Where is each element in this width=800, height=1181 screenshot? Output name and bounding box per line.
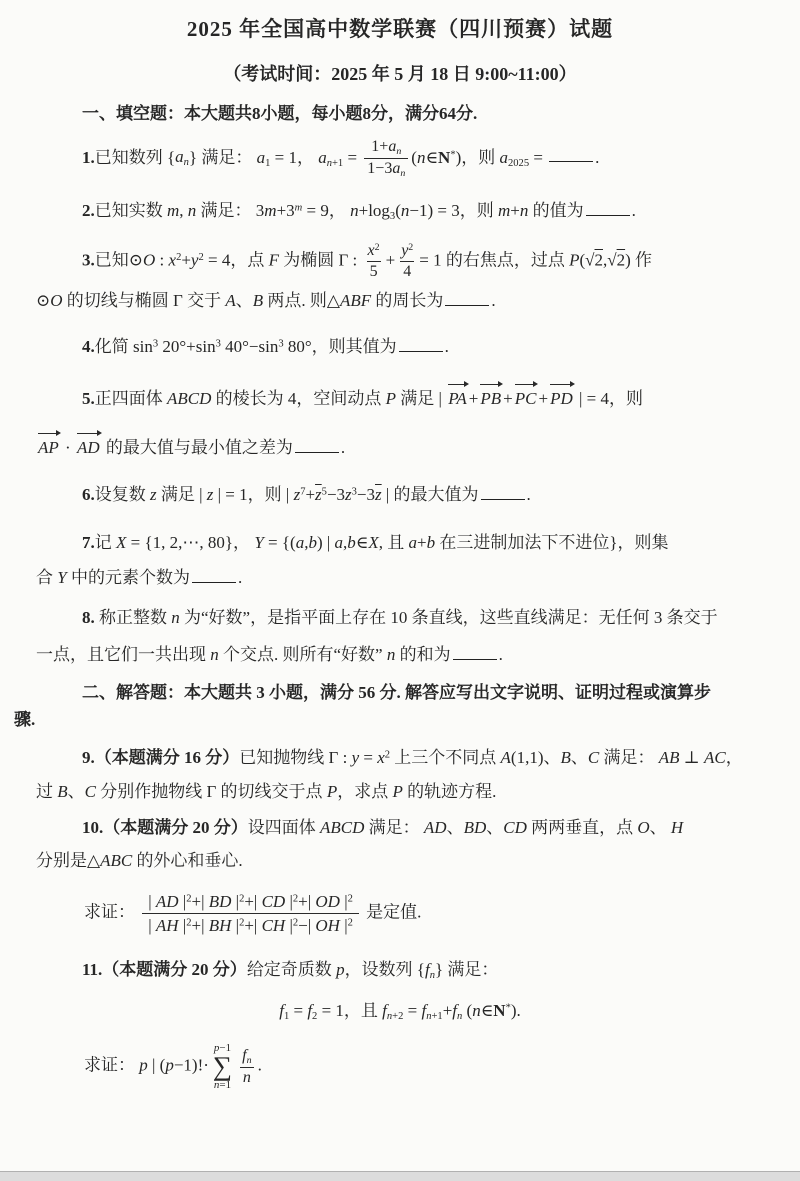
vector-PB: PB <box>480 383 501 412</box>
vector-PC: PC <box>515 383 537 412</box>
answer-blank <box>549 144 593 162</box>
exam-time-subtitle: （考试时间：2025 年 5 月 18 日 9:00~11:00） <box>0 60 800 86</box>
question-3-line-1: 3.已知⊙O : x2+y2 = 4，点 F 为椭圆 Γ : x25+y24= … <box>0 241 800 282</box>
question-2-line-1: 2.已知实数 m, n 满足： 3m+3m = 9， n+log3(n−1) =… <box>0 198 800 225</box>
vector-PA: PA <box>448 383 467 412</box>
question-9-line-1: 9.（本题满分 16 分）已知抛物线 Γ : y = x2 上三个不同点 A(1… <box>0 745 800 771</box>
question-6-line-1: 6.设复数 z 满足 | z | = 1，则 | z7+z5−3z3−3z | … <box>0 482 800 508</box>
question-8-line-1: 8. 称正整数 n 为“好数”，是指平面上存在 10 条直线，这些直线满足：无任… <box>0 605 800 631</box>
question-10-proof-statement: 求证： | AD |2+| BD |2+| CD |2+| OD |2| AH … <box>0 890 800 938</box>
section1-heading: 一、填空题：本大题共8小题，每小题8分，满分64分. <box>0 101 800 127</box>
question-11-line-1: 11.（本题满分 20 分）给定奇质数 p，设数列 {fn} 满足： <box>0 957 800 984</box>
question-11-proof-statement: 求证： p | (p−1)!·p−1∑n=1fnn. <box>0 1043 800 1091</box>
answer-blank <box>453 642 497 660</box>
exam-title: 2025 年全国高中数学联赛（四川预赛）试题 <box>0 0 800 43</box>
answer-blank <box>295 435 339 453</box>
question-4-line-1: 4.化简 sin3 20°+sin3 40°−sin3 80°，则其值为. <box>0 334 800 360</box>
question-11-recurrence-formula: f1 = f2 = 1，且 fn+2 = fn+1+fn (n∈N*). <box>0 998 800 1025</box>
section2-heading-line-1: 二、解答题：本大题共 3 小题，满分 56 分. 解答应写出文字说明、证明过程或… <box>0 680 800 706</box>
question-7-line-1: 7.记 X = {1, 2,⋯, 80}， Y = {(a,b) | a,b∈X… <box>0 530 800 556</box>
answer-blank <box>399 334 443 352</box>
vector-AP: AP <box>38 432 59 461</box>
answer-blank <box>586 198 630 216</box>
question-1-line-1: 1.已知数列 {an} 满足： a1 = 1， an+1 = 1+an1−3an… <box>0 137 800 181</box>
question-10-line-1: 10.（本题满分 20 分）设四面体 ABCD 满足： AD、BD、CD 两两垂… <box>0 815 800 841</box>
summation: p−1∑n=1 <box>213 1043 232 1091</box>
question-10-line-2: 分别是△ABC 的外心和垂心. <box>0 848 800 874</box>
answer-blank <box>481 482 525 500</box>
question-7-line-2: 合 Y 中的元素个数为. <box>0 565 800 591</box>
question-5-line-1: 5.正四面体 ABCD 的棱长为 4，空间动点 P 满足 | PA+PB+PC+… <box>0 383 800 412</box>
question-8-line-2: 一点，且它们一共出现 n 个交点. 则所有“好数” n 的和为. <box>0 642 800 668</box>
question-9-line-2: 过 B、C 分别作抛物线 Γ 的切线交于点 P，求点 P 的轨迹方程. <box>0 779 800 805</box>
vector-PD: PD <box>550 383 573 412</box>
bottom-edge-bar <box>0 1171 800 1181</box>
question-3-line-2: ⊙O 的切线与椭圆 Γ 交于 A、B 两点. 则△ABF 的周长为. <box>0 288 800 314</box>
exam-paper-page: 2025 年全国高中数学联赛（四川预赛）试题 （考试时间：2025 年 5 月 … <box>0 0 800 1181</box>
question-5-line-2: AP · AD 的最大值与最小值之差为. <box>0 432 800 461</box>
answer-blank <box>192 565 236 583</box>
vector-AD: AD <box>77 432 100 461</box>
answer-blank <box>445 288 489 306</box>
section2-heading-line-2: 骤. <box>0 707 800 733</box>
